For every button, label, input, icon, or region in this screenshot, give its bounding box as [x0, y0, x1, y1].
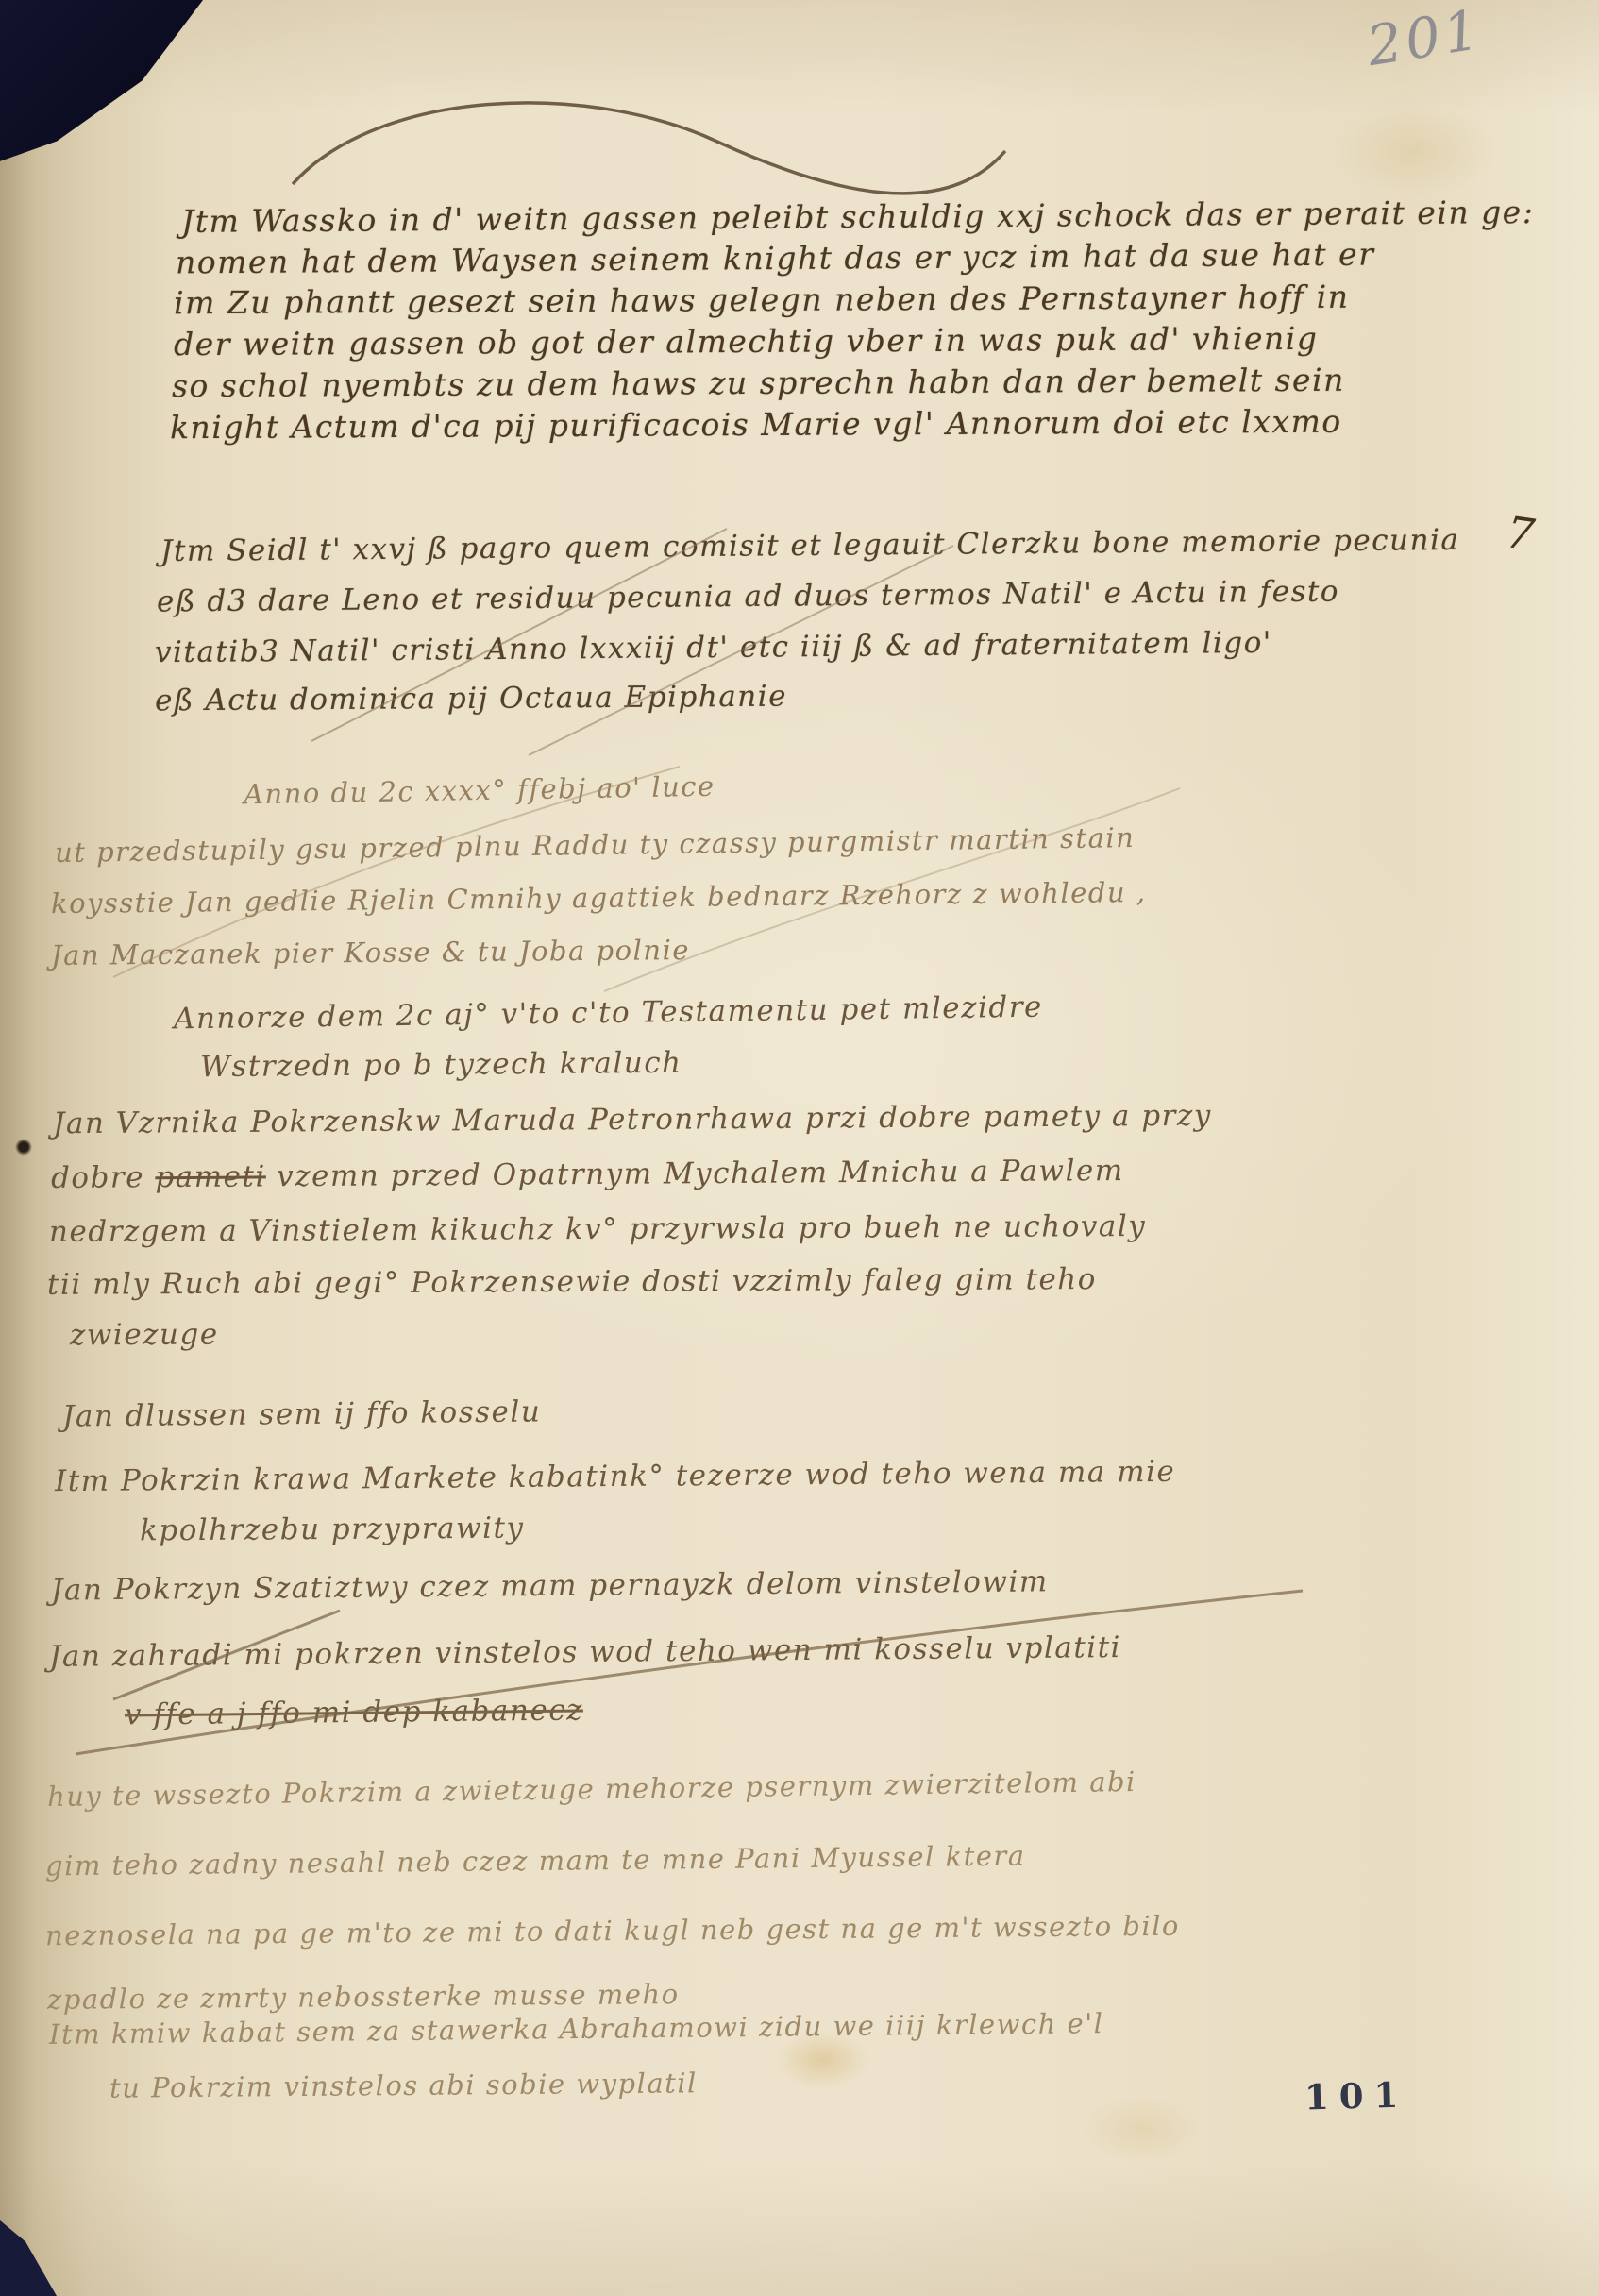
strike-stroke — [604, 788, 1180, 991]
cancellation-strokes — [0, 0, 1599, 2296]
manuscript-photo: 201 Jtm Wassko in d' weitn gassen peleib… — [0, 0, 1599, 2296]
flourish-stroke — [293, 103, 1005, 194]
strike-stroke — [529, 546, 953, 755]
strike-stroke — [113, 1611, 340, 1699]
strike-stroke — [113, 767, 680, 977]
strike-stroke — [76, 1591, 1303, 1754]
strike-stroke — [311, 529, 727, 741]
